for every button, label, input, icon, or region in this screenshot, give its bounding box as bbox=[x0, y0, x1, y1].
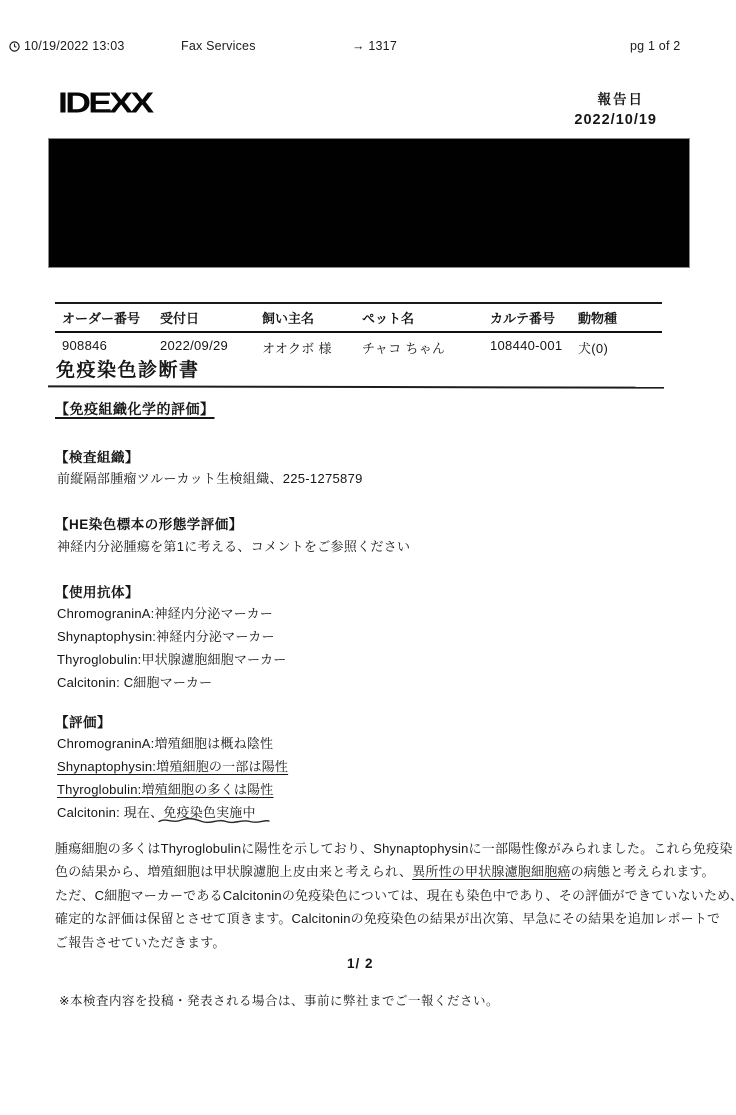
antibody-list: ChromograninA:神経内分泌マーカー Shynaptophysin:神… bbox=[57, 602, 286, 694]
he-morphology-description: 神経内分泌腫瘍を第1に考える、コメントをご参照ください bbox=[57, 536, 410, 555]
order-info-table: オーダー番号 受付日 飼い主名 ペット名 カルテ番号 動物種 908846 20… bbox=[55, 302, 662, 357]
handwritten-wavy-underline bbox=[158, 816, 270, 825]
report-date-label: 報告日 bbox=[574, 88, 657, 108]
document-title: 免疫染色診断書 bbox=[56, 355, 200, 382]
clock-icon bbox=[9, 41, 20, 52]
fax-document-page: 10/19/2022 13:03 Fax Services → 1317 pg … bbox=[0, 0, 736, 1115]
section-heading-ihc-evaluation: 【免疫組織化学的評価】 bbox=[55, 399, 215, 419]
comment-text: 色の結果から、増殖細胞は甲状腺濾胞上皮由来と考えられ、 bbox=[55, 864, 412, 879]
fax-page-indicator: pg 1 of 2 bbox=[630, 39, 680, 53]
evaluation-list: ChromograninA:増殖細胞は概ね陰性 Shynaptophysin:増… bbox=[57, 732, 288, 824]
cell-owner-name: オオクボ 様 bbox=[262, 338, 362, 357]
redacted-block bbox=[48, 138, 690, 268]
fax-destination: → 1317 bbox=[352, 39, 397, 53]
column-header-order-number: オーダー番号 bbox=[55, 308, 160, 327]
heading-evaluation: 【評価】 bbox=[55, 711, 111, 731]
column-header-received-date: 受付日 bbox=[160, 308, 262, 327]
order-table-data-row: 908846 2022/09/29 オオクボ 様 チャコ ちゃん 108440-… bbox=[55, 333, 662, 357]
column-header-pet-name: ペット名 bbox=[362, 308, 490, 327]
fax-transmission-header: 10/19/2022 13:03 Fax Services → 1317 pg … bbox=[0, 39, 736, 59]
comment-line: ただ、C細胞マーカーであるCalcitoninの免疫染色については、現在も染色中… bbox=[55, 884, 715, 907]
fax-service-label: Fax Services bbox=[181, 39, 256, 53]
column-header-species: 動物種 bbox=[578, 308, 662, 327]
fax-datetime-text: 10/19/2022 13:03 bbox=[24, 39, 125, 53]
antibody-item: Thyroglobulin:甲状腺濾胞細胞マーカー bbox=[57, 648, 286, 671]
comment-paragraph: 腫瘍細胞の多くはThyroglobulinに陽性を示しており、Shynaptop… bbox=[55, 837, 715, 954]
comment-line: 腫瘍細胞の多くはThyroglobulinに陽性を示しており、Shynaptop… bbox=[55, 837, 715, 860]
page-number: 1/ 2 bbox=[347, 956, 374, 971]
evaluation-item-underlined: Shynaptophysin:増殖細胞の一部は陽性 bbox=[57, 755, 288, 778]
antibody-item: ChromograninA:神経内分泌マーカー bbox=[57, 602, 286, 625]
fax-datetime: 10/19/2022 13:03 bbox=[9, 39, 125, 53]
comment-text: の病態と考えられます。 bbox=[571, 864, 715, 879]
evaluation-item: ChromograninA:増殖細胞は概ね陰性 bbox=[57, 732, 288, 755]
column-header-owner-name: 飼い主名 bbox=[262, 308, 362, 327]
heading-antibodies: 【使用抗体】 bbox=[55, 581, 139, 601]
underlined-diagnosis-text: 異所性の甲状腺濾胞細胞癌 bbox=[412, 864, 570, 879]
comment-line: ご報告させていただきます。 bbox=[55, 931, 715, 954]
specimen-description: 前縦隔部腫瘤ツルーカット生検組織、225-1275879 bbox=[57, 468, 363, 487]
footer-note: ※本検査内容を投稿・発表される場合は、事前に弊社までご一報ください。 bbox=[59, 991, 499, 1009]
heading-specimen: 【検査組織】 bbox=[55, 446, 139, 466]
title-underline-rule bbox=[48, 385, 664, 388]
cell-pet-name: チャコ ちゃん bbox=[362, 338, 490, 357]
comment-line: 確定的な評価は保留とさせて頂きます。Calcitoninの免疫染色の結果が出次第… bbox=[55, 907, 715, 930]
idexx-logo: IDEXX bbox=[58, 86, 151, 119]
antibody-item: Calcitonin: C細胞マーカー bbox=[57, 671, 286, 694]
heading-he-morphology: 【HE染色標本の形態学評価】 bbox=[55, 513, 243, 533]
report-date-value: 2022/10/19 bbox=[574, 112, 657, 128]
comment-line: 色の結果から、増殖細胞は甲状腺濾胞上皮由来と考えられ、異所性の甲状腺濾胞細胞癌の… bbox=[55, 860, 715, 883]
order-table-header-row: オーダー番号 受付日 飼い主名 ペット名 カルテ番号 動物種 bbox=[55, 302, 662, 333]
column-header-chart-number: カルテ番号 bbox=[490, 308, 578, 327]
report-date-block: 報告日 2022/10/19 bbox=[574, 88, 657, 128]
cell-chart-number: 108440-001 bbox=[490, 338, 578, 357]
evaluation-item-underlined: Thyroglobulin:増殖細胞の多くは陽性 bbox=[57, 778, 288, 801]
cell-species: 犬(0) bbox=[578, 338, 662, 357]
antibody-item: Shynaptophysin:神経内分泌マーカー bbox=[57, 625, 286, 648]
